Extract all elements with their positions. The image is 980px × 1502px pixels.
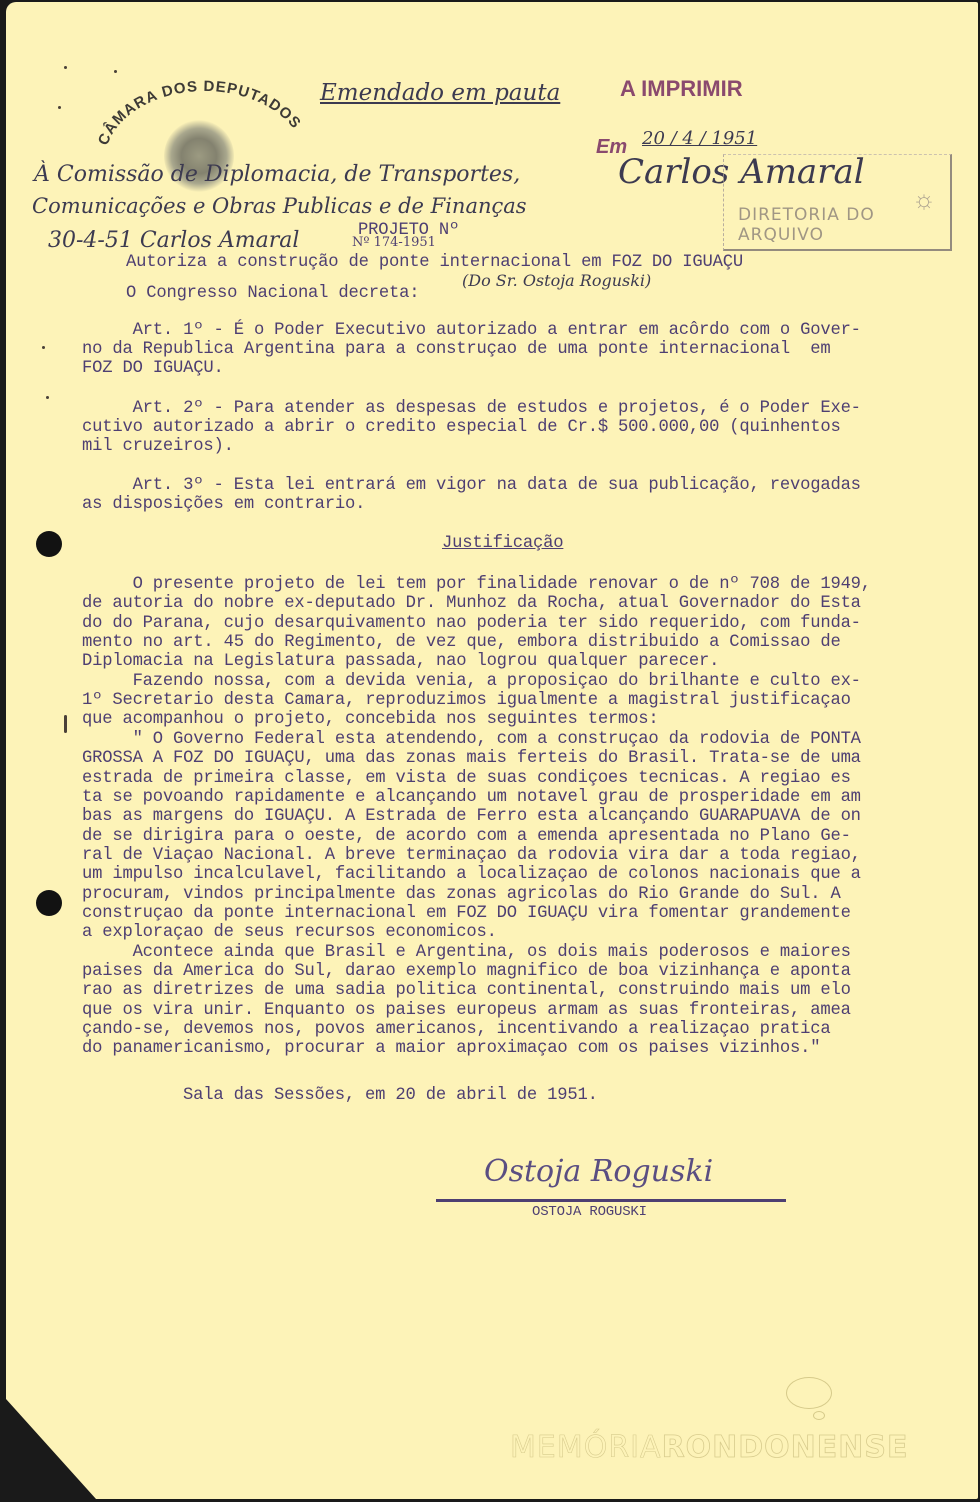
punch-hole-bottom	[36, 890, 62, 916]
justification-line: construçao da ponte internacional em FOZ…	[82, 904, 851, 923]
justification-line: Diplomacia na Legislatura passada, nao l…	[82, 652, 719, 671]
justification-line: 1º Secretario desta Camara, reproduzimos…	[82, 691, 851, 710]
punch-hole-top	[36, 531, 62, 557]
justification-line: ta se povoando rapidamente e alcançando …	[82, 788, 861, 807]
justification-title: Justificação	[442, 534, 563, 553]
document-page: CÂMARA DOS DEPUTADOS Emendado em pauta A…	[6, 2, 978, 1499]
justification-line: que acompanhou o projeto, concebida nos …	[82, 710, 659, 729]
subtitle: Autoriza a construção de ponte internaci…	[126, 253, 743, 272]
justification-line: estrada de primeira classe, em vista de …	[82, 769, 851, 788]
ink-speck	[58, 106, 61, 109]
justification-line: çando-se, devemos nos, povos americanos,…	[82, 1020, 830, 1039]
handwritten-dispatch-line-1: À Comissão de Diplomacia, de Transportes…	[34, 162, 520, 187]
justification-line: rao as diretrizes de uma sadia politica …	[82, 981, 851, 1000]
print-stamp: A IMPRIMIR	[620, 76, 743, 102]
justification-line: do panamericanismo, procurar a maior apr…	[82, 1039, 820, 1058]
decree-line: O Congresso Nacional decreta:	[126, 284, 419, 303]
ink-speck	[64, 66, 67, 69]
justification-line: um impulso incalculavel, facilitando a l…	[82, 865, 861, 884]
signature-handwritten: Ostoja Roguski	[484, 1154, 713, 1189]
torn-corner	[6, 1399, 96, 1499]
ink-mark	[64, 715, 67, 733]
watermark: MEMÓRIARONDONENSE	[510, 1430, 909, 1465]
handwritten-note-amended: Emendado em pauta	[320, 80, 560, 106]
date-stamp-value: 20 / 4 / 1951	[642, 128, 757, 149]
justification-line: ral de Viaçao Nacional. A breve terminaç…	[82, 846, 861, 865]
archive-stamp-label: DIRETORIA DO ARQUIVO	[738, 205, 950, 245]
justification-line: Fazendo nossa, com a devida venia, a pro…	[82, 672, 861, 691]
ink-speck	[42, 346, 45, 349]
justification-line: procuram, vindos principalmente das zona…	[82, 885, 841, 904]
justification-line: a exploraçao de seus recursos economicos…	[82, 923, 497, 942]
signatory-name: OSTOJA ROGUSKI	[532, 1203, 647, 1222]
signature-line	[436, 1199, 786, 1202]
watermark-bubble-icon	[786, 1377, 832, 1409]
justification-line: que os vira unir. Enquanto os paises eur…	[82, 1001, 851, 1020]
justification-line: Acontece ainda que Brasil e Argentina, o…	[82, 943, 851, 962]
justification-line: " O Governo Federal esta atendendo, com …	[82, 730, 861, 749]
watermark-bubble-small-icon	[813, 1411, 825, 1420]
justification-line: de autoria do nobre ex-deputado Dr. Munh…	[82, 594, 861, 613]
justification-line: O presente projeto de lei tem por finali…	[82, 575, 871, 594]
handwritten-dispatch-line-2: Comunicações e Obras Publicas e de Finan…	[32, 194, 527, 218]
justification-line: de se dirigira para o oeste, de acordo c…	[82, 827, 851, 846]
archive-stamp: ☼ DIRETORIA DO ARQUIVO	[723, 154, 952, 251]
handwritten-dispatch-line-3: 30-4-51 Carlos Amaral	[48, 228, 299, 253]
justification-line: bas as margens do IGUAÇU. A Estrada de F…	[82, 807, 861, 826]
justification-line: do do Parana, cujo desarquivamento nao p…	[82, 614, 861, 633]
author-note: (Do Sr. Ostoja Roguski)	[462, 271, 651, 290]
project-number: Nº 174-1951	[352, 235, 436, 250]
justification-line: GROSSA A FOZ DO IGUAÇU, uma das zonas ma…	[82, 749, 861, 768]
justification-line: mento no art. 45 do Regimento, de vez qu…	[82, 633, 841, 652]
justification-line: paises da America do Sul, darao exemplo …	[82, 962, 851, 981]
closing-line: Sala das Sessões, em 20 de abril de 1951…	[183, 1086, 598, 1105]
ink-speck	[114, 70, 117, 73]
ink-speck	[46, 396, 49, 399]
